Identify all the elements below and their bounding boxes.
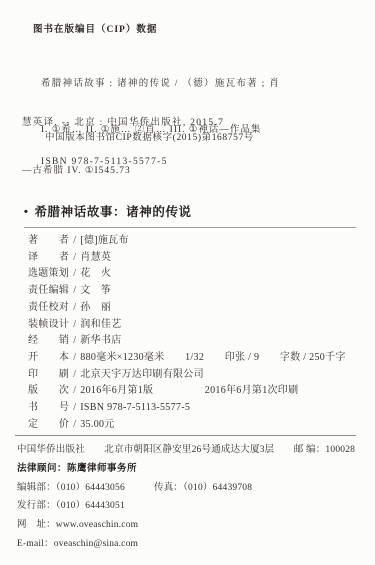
row-label: 版 次 <box>28 383 69 400</box>
colophon-row: 印 刷/北京天宇万达印刷有限公司 <box>28 367 365 384</box>
bullet-icon: • <box>24 206 28 218</box>
row-value: 880毫米×1230毫米 1/32 印张 / 9 字数 / 250千字 <box>80 352 345 363</box>
row-value: [德]施瓦布 <box>80 235 128 246</box>
email-line: E-mail：oveaschin@sina.com <box>17 535 363 554</box>
cip-registry-line: 中国版本图书馆CIP数据核字(2015)第168757号 <box>45 129 254 143</box>
colophon-row: 定 价/35.00元 <box>28 417 365 434</box>
colophon-row: 责任校对/孙 丽 <box>28 300 365 317</box>
colophon-row: 选题策划/花 火 <box>28 266 365 283</box>
row-label: 著 者 <box>28 233 69 250</box>
row-label: 经 销 <box>28 333 69 350</box>
colophon-row: 书 号/ISBN 978-7-5113-5577-5 <box>28 400 365 417</box>
row-separator: / <box>73 402 76 413</box>
row-separator: / <box>73 252 76 263</box>
colophon-row: 译 者/肖慧英 <box>28 250 365 267</box>
legal-counsel-line: 法律顾问：陈鹰律师事务所 <box>17 460 363 479</box>
editorial-phone-line: 编辑部：（010）64443056 传真：（010）64439708 <box>17 479 363 498</box>
row-separator: / <box>73 419 76 430</box>
cip-paragraph-line: 希腊神话故事 : 诸神的传说 / （德）施瓦布著 ; 肖 <box>22 78 357 91</box>
row-separator: / <box>73 319 76 330</box>
row-separator: / <box>73 385 76 396</box>
classification-line: —古希腊 IV. ①I545.73 <box>22 165 357 179</box>
row-label: 印 刷 <box>28 367 69 384</box>
row-separator: / <box>73 285 76 296</box>
publisher-block: 中国华侨出版社 北京市朝阳区静安里26号通成达大厦3层 邮 编：100028 法… <box>17 441 363 554</box>
row-label: 开 本 <box>28 350 69 367</box>
row-value: ISBN 978-7-5113-5577-5 <box>80 402 190 413</box>
colophon-row: 经 销/新华书店 <box>28 333 365 350</box>
row-value: 花 火 <box>80 268 111 279</box>
row-label: 装帧设计 <box>28 317 69 334</box>
row-value: 2016年6月第1版 2016年6月第1次印刷 <box>80 385 298 396</box>
row-separator: / <box>73 302 76 313</box>
cip-header: 图书在版编目（CIP）数据 <box>33 21 157 35</box>
publisher-address-line: 中国华侨出版社 北京市朝阳区静安里26号通成达大厦3层 邮 编：100028 <box>17 441 363 460</box>
colophon-row: 开 本/880毫米×1230毫米 1/32 印张 / 9 字数 / 250千字 <box>28 350 365 367</box>
book-title: 希腊神话故事：诸神的传说 <box>34 205 191 219</box>
row-value: 35.00元 <box>80 419 114 430</box>
row-value: 孙 丽 <box>80 302 111 313</box>
colophon-row: 著 者/[德]施瓦布 <box>28 233 365 250</box>
colophon-rows: 著 者/[德]施瓦布 译 者/肖慧英 选题策划/花 火 责任编辑/文 筝 责任校… <box>28 233 365 433</box>
colophon-row: 版 次/2016年6月第1版 2016年6月第1次印刷 <box>28 383 365 400</box>
row-separator: / <box>73 235 76 246</box>
row-label: 书 号 <box>28 400 69 417</box>
row-label: 译 者 <box>28 250 69 267</box>
row-value: 肖慧英 <box>80 252 111 263</box>
colophon-row: 装帧设计/润和佳艺 <box>28 317 365 334</box>
colophon-row: 责任编辑/文 筝 <box>28 283 365 300</box>
row-label: 责任编辑 <box>28 283 69 300</box>
row-separator: / <box>73 268 76 279</box>
row-value: 润和佳艺 <box>80 319 121 330</box>
book-title-block: •希腊神话故事：诸神的传说 <box>24 202 356 228</box>
row-separator: / <box>73 352 76 363</box>
row-label: 选题策划 <box>28 266 69 283</box>
copyright-page: 图书在版编目（CIP）数据 希腊神话故事 : 诸神的传说 / （德）施瓦布著 ;… <box>0 0 375 565</box>
row-value: 新华书店 <box>80 335 121 346</box>
row-label: 定 价 <box>28 417 69 434</box>
row-separator: / <box>73 335 76 346</box>
row-separator: / <box>73 369 76 380</box>
row-value: 北京天宇万达印刷有限公司 <box>80 369 204 380</box>
row-label: 责任校对 <box>28 300 69 317</box>
cip-classification: I. ①希… II. ①施… ②肖… III. ①神话—作品集 —古希腊 IV.… <box>22 97 357 205</box>
divider-line <box>15 435 356 436</box>
distribution-phone-line: 发行部：（010）64443051 <box>17 497 363 516</box>
website-line: 网 址：www.oveaschin.com <box>17 516 363 535</box>
row-value: 文 筝 <box>80 285 111 296</box>
